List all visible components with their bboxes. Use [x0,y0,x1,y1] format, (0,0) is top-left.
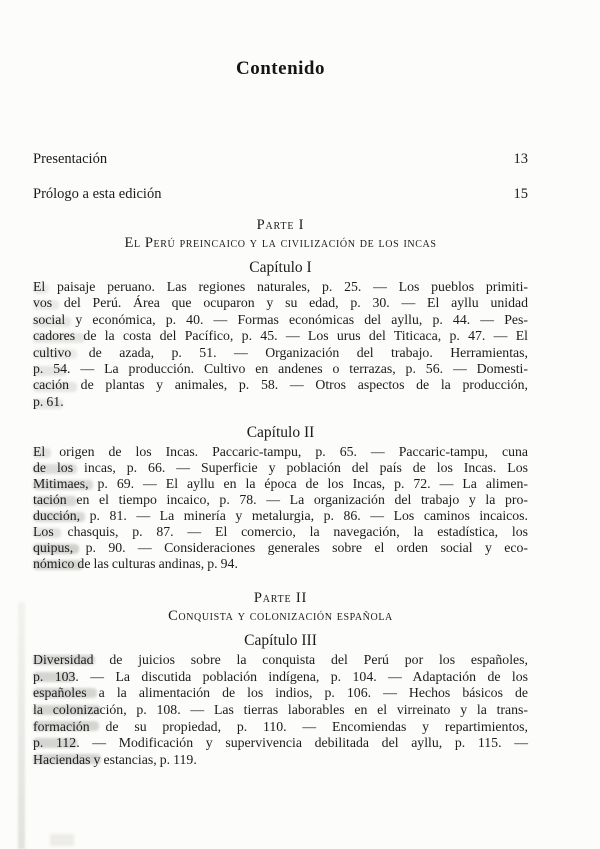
chapter-text-line: la colonización, p. 108. — Las tierras l… [33,702,528,719]
part-label: Parte I [33,216,528,234]
chapter-text-line: Los chasquis, p. 87. — El comercio, la n… [33,524,528,540]
chapter-text-line: de los incas, p. 66. — Superficie y pobl… [33,460,528,476]
toc-entry-page: 15 [514,185,529,204]
chapter-summary: Diversidad de juicios sobre la conquista… [33,652,528,768]
page-title: Contenido [33,0,528,82]
chapter-heading: Capítulo I [33,257,528,278]
chapter-text-line: social y económica, p. 40. — Formas econ… [33,312,528,328]
chapter-text-line: p. 61. [33,394,528,410]
toc-entry-label: Prólogo a esta edición [33,185,161,204]
chapter-text-line: El origen de los Incas. Paccaric-tampu, … [33,444,528,460]
chapter-text-line: nómico de las culturas andinas, p. 94. [33,556,528,572]
toc-entry-page: 13 [514,150,529,169]
chapter-text-line: p. 112. — Modificación y supervivencia d… [33,735,528,752]
part-title: Conquista y colonización española [33,607,528,626]
chapter-heading: Capítulo III [33,630,528,651]
scan-streak [18,602,25,849]
chapter-text-line: vos del Perú. Área que ocuparon y su eda… [33,295,528,311]
chapter-text-line: españoles a la alimentación de los indio… [33,685,528,702]
chapter-text-line: Haciendas y estancias, p. 119. [33,752,528,769]
part-label: Parte II [33,589,528,607]
scan-mark [50,834,74,846]
part-title: El Perú preincaico y la civilización de … [33,234,528,253]
chapter-text-line: tación en el tiempo incaico, p. 78. — La… [33,492,528,508]
toc-entry: Prólogo a esta edición 15 [33,185,528,204]
chapter-summary: El origen de los Incas. Paccaric-tampu, … [33,444,528,572]
chapter-summary: El paisaje peruano. Las regiones natural… [33,279,528,410]
scanned-book-page: Contenido Presentación 13 Prólogo a esta… [0,0,600,849]
chapter-text-line: Mitimaes, p. 69. — El ayllu en la época … [33,476,528,492]
chapter-text-line: cadores de la costa del Pacífico, p. 45.… [33,328,528,344]
front-matter-list: Presentación 13 Prólogo a esta edición 1… [33,150,528,204]
chapter-text-line: El paisaje peruano. Las regiones natural… [33,279,528,295]
chapter-text-line: Diversidad de juicios sobre la conquista… [33,652,528,669]
toc-entry-label: Presentación [33,150,107,169]
chapter-text-line: cultivo de azada, p. 51. — Organización … [33,345,528,361]
toc-entry: Presentación 13 [33,150,528,169]
chapter-text-line: ducción, p. 81. — La minería y metalurgi… [33,508,528,524]
chapter-text-line: p. 103. — La discutida población indígen… [33,669,528,686]
chapter-text-line: formación de su propiedad, p. 110. — Enc… [33,719,528,736]
chapter-text-line: cación de plantas y animales, p. 58. — O… [33,377,528,393]
part-header: Parte II Conquista y colonización españo… [33,589,528,626]
chapter-text-line: p. 54. — La producción. Cultivo en anden… [33,361,528,377]
part-header: Parte I El Perú preincaico y la civiliza… [33,216,528,253]
chapter-heading: Capítulo II [33,422,528,443]
chapter-text-line: quipus, p. 90. — Consideraciones general… [33,540,528,556]
